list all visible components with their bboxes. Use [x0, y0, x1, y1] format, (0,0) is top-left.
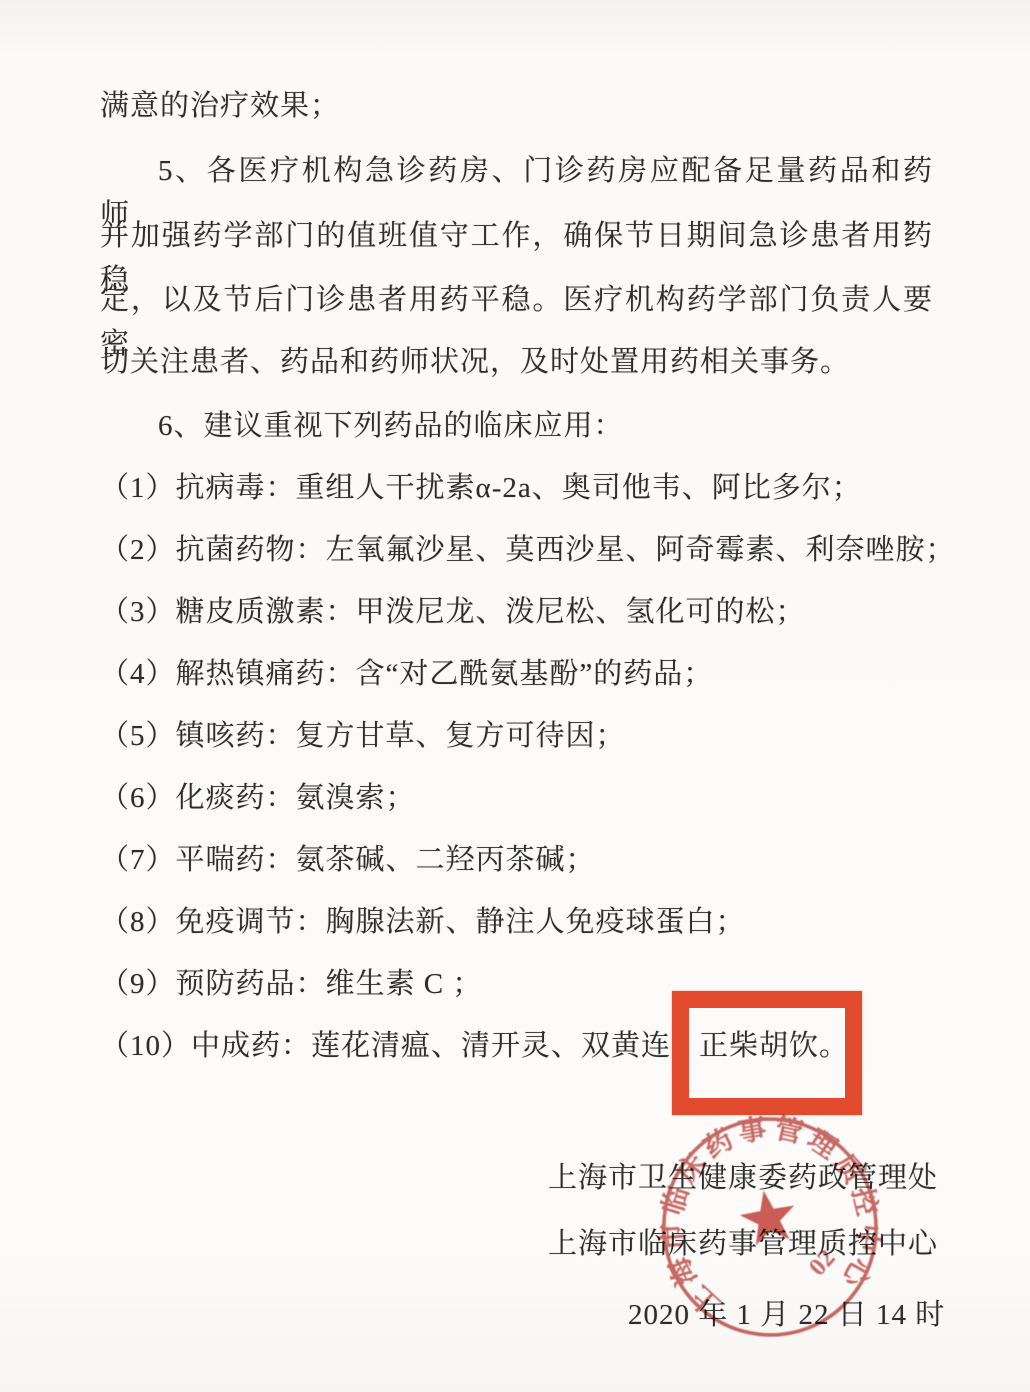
list-item-8: （8）免疫调节：胸腺法新、静注人免疫球蛋白； [100, 900, 933, 944]
list-item-7: （7）平喘药：氨茶碱、二羟丙茶碱； [100, 838, 933, 882]
document-page: 满意的治疗效果； 5、各医疗机构急诊药房、门诊药房应配备足量药品和药师， 并加强… [0, 0, 1030, 1392]
list-item-3: （3）糖皮质激素：甲泼尼龙、泼尼松、氢化可的松； [100, 590, 933, 634]
list-item-2: （2）抗菌药物：左氧氟沙星、莫西沙星、阿奇霉素、利奈唑胺； [100, 528, 933, 572]
seal-code: 02 [804, 1245, 841, 1282]
highlighted-drug-name: 正柴胡饮。 [699, 1030, 849, 1062]
seal-star-icon [736, 1186, 799, 1247]
list-item-10-prefix: （10）中成药：莲花清瘟、清开灵、双黄连 [100, 1030, 671, 1062]
body-line-intro: 满意的治疗效果； [100, 84, 933, 128]
list-item-5: （5）镇咳药：复方甘草、复方可待因； [100, 714, 933, 758]
para5-line-4: 切关注患者、药品和药师状况，及时处置用药相关事务。 [100, 340, 933, 384]
list-item-4: （4）解热镇痛药：含“对乙酰氨基酚”的药品； [100, 652, 933, 696]
list-item-6: （6）化痰药：氨溴索； [100, 776, 933, 820]
section6-heading: 6、建议重视下列药品的临床应用： [100, 404, 933, 448]
list-item-1: （1）抗病毒：重组人干扰素α-2a、奥司他韦、阿比多尔； [100, 466, 933, 510]
official-seal-stamp: 上海市临床药事管理质控中心 02 [652, 1109, 888, 1345]
list-item-10: （10）中成药：莲花清瘟、清开灵、双黄连正柴胡饮。 [100, 1024, 933, 1068]
